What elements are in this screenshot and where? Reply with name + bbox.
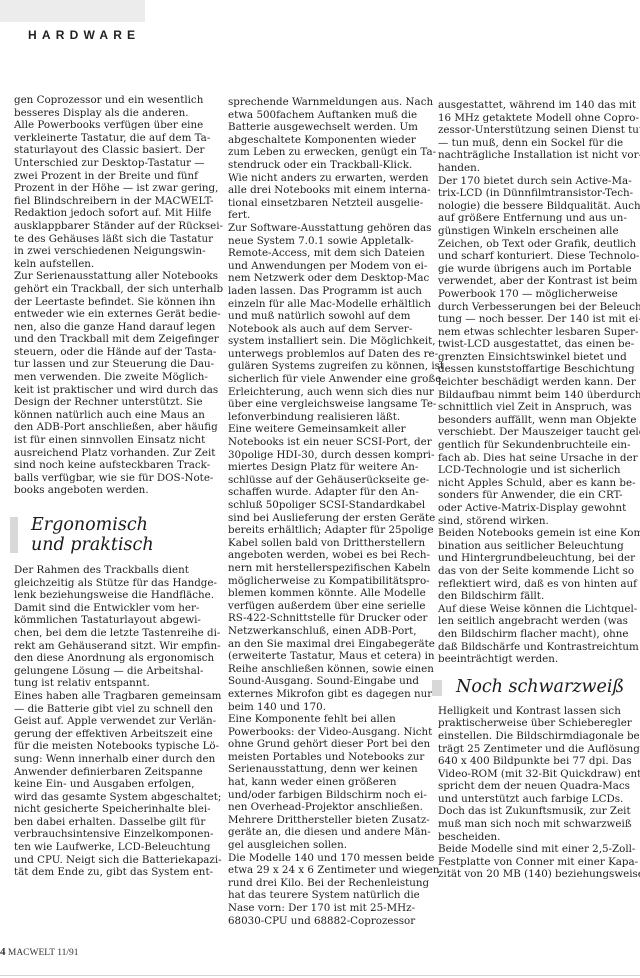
paragraph: Eine weitere Gemeinsamkeit allerNotebook… bbox=[228, 423, 424, 713]
text-line: beeinträchtigt werden. bbox=[438, 653, 634, 666]
text-line: und unterstützt auch farbige LCDs. bbox=[438, 793, 634, 806]
text-line: fert. bbox=[228, 209, 424, 222]
text-line: verschiebt. Der Mauszeiger taucht gele- bbox=[438, 426, 634, 439]
text-line: etwa 29 x 24 x 6 Zentimeter und wiegen bbox=[228, 864, 424, 877]
text-line: — die Batterie gibt viel zu schnell den bbox=[14, 703, 210, 716]
text-line: und/oder farbigen Bildschirm noch ei- bbox=[228, 789, 424, 802]
column-1: gen Coprozessor und ein wesentlichbesser… bbox=[14, 94, 210, 879]
text-line: daß Bildschärfe und Kontrastreichtum bbox=[438, 641, 634, 654]
text-line: zität von 20 MB (140) beziehungsweise bbox=[438, 868, 640, 880]
text-line: können natürlich auch eine Maus an bbox=[14, 409, 210, 422]
text-line: gerung der effektiven Arbeitszeit eine bbox=[14, 728, 210, 741]
text-line: kömmlichen Tastaturlayout abgewi- bbox=[14, 614, 210, 627]
text-line: sind bei Auslieferung der ersten Geräte bbox=[228, 512, 424, 525]
text-line: tung — noch besser. Der 140 ist mit ei- bbox=[438, 313, 634, 326]
text-line: leichter beschädigt werden kann. Der bbox=[438, 376, 634, 389]
text-line: sprechende Warnmeldungen aus. Nach bbox=[228, 96, 424, 109]
text-line: RS-422-Schnittstelle für Drucker oder bbox=[228, 612, 424, 625]
text-line: und Hintergrundbeleuchtung, bei der bbox=[438, 552, 634, 565]
text-line: und scharf konturiert. Diese Technolo- bbox=[438, 250, 634, 263]
text-line: ten wie Laufwerke, LCD-Beleuchtung bbox=[14, 841, 210, 854]
text-line: Batterie ausgewechselt werden. Um bbox=[228, 121, 424, 134]
text-line: den ADB-Port anschließen, aber häufig bbox=[14, 421, 210, 434]
text-line: gel ausgleichen sollen. bbox=[228, 839, 424, 852]
text-line: über eine vergleichsweise langsame Te- bbox=[228, 398, 424, 411]
text-line: Kabel sollen bald von Drittherstellern bbox=[228, 537, 424, 550]
text-line: nen, also die ganze Hand darauf legen bbox=[14, 321, 210, 334]
text-line: den Bildschirm flacher macht), ohne bbox=[438, 628, 634, 641]
text-line: hat, kann weder einen größeren bbox=[228, 776, 424, 789]
text-line: nachträgliche Installation ist nicht vor… bbox=[438, 149, 634, 162]
text-line: der Leertaste befindet. Sie können ihn bbox=[14, 296, 210, 309]
text-line: gen Coprozessor und ein wesentlich bbox=[14, 94, 210, 107]
page-number: 4 bbox=[0, 946, 6, 958]
text-line: keit ist praktischer und wird durch das bbox=[14, 384, 210, 397]
text-line: Unterschied zur Desktop-Tastatur — bbox=[14, 157, 210, 170]
text-line: sind noch keine aufsteckbaren Track- bbox=[14, 459, 210, 472]
subheading-line: Ergonomisch bbox=[31, 515, 210, 535]
text-line: bination aus seitlicher Beleuchtung bbox=[438, 540, 634, 553]
text-line: chen, bei dem die letzte Tastenreihe di- bbox=[14, 627, 210, 640]
text-line: rund drei Kilo. Bei der Rechenleistung bbox=[228, 877, 424, 890]
text-line: Netzwerkanschluß, einen ADB-Port, bbox=[228, 625, 424, 638]
text-line: blemen kommen könnte. Alle Modelle bbox=[228, 587, 424, 600]
text-line: len seitlich angebracht werden (was bbox=[438, 615, 634, 628]
text-line: möglicherweise zu Kompatibilitätspro- bbox=[228, 575, 424, 588]
text-line: handen. bbox=[438, 162, 634, 175]
text-line: lefonverbindung realisieren läßt. bbox=[228, 411, 424, 424]
paragraph: Auf diese Weise können die Lichtquel-len… bbox=[438, 603, 634, 666]
text-line: reflektiert wird, daß es von hinten auf bbox=[438, 578, 634, 591]
text-line: verkleinerte Tastatur, die auf dem Ta- bbox=[14, 132, 210, 145]
text-line: gleichzeitig als Stütze für das Handge- bbox=[14, 577, 210, 590]
text-line: sung: Wenn innerhalb einer durch den bbox=[14, 753, 210, 766]
text-line: entweder wie ein externes Gerät bedie- bbox=[14, 308, 210, 321]
text-line: nicht Apples Schuld, aber es kann be- bbox=[438, 477, 634, 490]
text-line: Bildaufbau nimmt beim 140 überdurch- bbox=[438, 389, 634, 402]
text-line: ausreichend Platz vorhanden. Zur Zeit bbox=[14, 447, 210, 460]
text-line: Eine Komponente fehlt bei allen bbox=[228, 713, 424, 726]
text-line: verbrauchsintensive Einzelkomponen- bbox=[14, 828, 210, 841]
paragraph: Zur Software-Ausstattung gehören dasneue… bbox=[228, 222, 424, 424]
text-line: günstigen Winkeln erscheinen alle bbox=[438, 225, 634, 238]
column-2: sprechende Warnmeldungen aus. Nachetwa 5… bbox=[228, 96, 424, 927]
text-line: LCD-Technologie und ist sicherlich bbox=[438, 464, 634, 477]
text-line: Reihe anschließen können, sowie einen bbox=[228, 663, 424, 676]
text-line: hat das teurere System natürlich die bbox=[228, 889, 424, 902]
text-line: ben dabei erhalten. Dasselbe gilt für bbox=[14, 816, 210, 829]
text-line: 640 x 400 Bildpunkte bei 77 dpi. Das bbox=[438, 755, 634, 768]
paragraph: Beide Modelle sind mit einer 2,5-Zoll-Fe… bbox=[438, 843, 634, 881]
text-line: Redaktion jedoch sofort auf. Mit Hilfe bbox=[14, 207, 210, 220]
text-line: system installiert sein. Die Möglichkeit… bbox=[228, 335, 424, 348]
text-line: fach ab. Dies hat seine Ursache in der bbox=[438, 452, 634, 465]
text-line: sonders für Anwender, die ein CRT- bbox=[438, 489, 634, 502]
text-line: stendruck oder ein Trackball-Klick. bbox=[228, 159, 424, 172]
text-line-with-marker: zität von 20 MB (140) beziehungsweise bbox=[438, 868, 634, 881]
text-line: fiel Blindschreibern in der MACWELT- bbox=[14, 195, 210, 208]
text-line: Remote-Access, mit dem sich Dateien bbox=[228, 247, 424, 260]
paragraph: Der 170 bietet durch sein Active-Ma-trix… bbox=[438, 175, 634, 528]
subheading-line: und praktisch bbox=[31, 535, 210, 555]
text-line: rekt am Gehäuserand sitzt. Wir empfin- bbox=[14, 640, 210, 653]
text-line: Auf diese Weise können die Lichtquel- bbox=[438, 603, 634, 616]
text-line: balls verfügbar, wie sie für DOS-Note- bbox=[14, 472, 210, 485]
text-line: te des Gehäuses läßt sich die Tastatur bbox=[14, 233, 210, 246]
text-line: nern mit herstellerspezifischen Kabeln bbox=[228, 562, 424, 575]
text-line: Powerbooks: der Video-Ausgang. Nicht bbox=[228, 726, 424, 739]
paragraph: Beiden Notebooks gemein ist eine Kom-bin… bbox=[438, 527, 634, 603]
text-line: nem etwas schlechter lesbaren Super- bbox=[438, 326, 634, 339]
text-line: und Anwendungen per Modem von ei- bbox=[228, 260, 424, 273]
text-line: unterwegs problemlos auf Daten des re- bbox=[228, 348, 424, 361]
text-line: besonders auffällt, wenn man Objekte bbox=[438, 414, 634, 427]
text-line: gelungene Lösung — die Arbeitshal- bbox=[14, 665, 210, 678]
text-line: Prozent in der Höhe — ist zwar gering, bbox=[14, 182, 210, 195]
text-line: sind, störend wirken. bbox=[438, 515, 634, 528]
text-line: Design der Rechner unterstützt. Sie bbox=[14, 396, 210, 409]
text-line: Zur Serienausstattung aller Notebooks bbox=[14, 270, 210, 283]
text-line: bereits erhältlich; Adapter für 25polige bbox=[228, 524, 424, 537]
text-line: nicht gesicherte Speicherinhalte blei- bbox=[14, 803, 210, 816]
text-line: tung ist relativ entspannt. bbox=[14, 677, 210, 690]
text-line: praktischerweise über Schieberegler bbox=[438, 717, 634, 730]
text-line: wird das gesamte System abgeschaltet; bbox=[14, 791, 210, 804]
text-line: meisten Portables und Notebooks zur bbox=[228, 751, 424, 764]
paragraph: Zur Serienausstattung aller Notebooksgeh… bbox=[14, 270, 210, 497]
text-line: Geist auf. Apple verwendet zur Verlän- bbox=[14, 715, 210, 728]
text-line: gulären Systems zugreifen zu können, ist bbox=[228, 360, 424, 373]
text-line: Nase vorn: Der 170 ist mit 25-MHz- bbox=[228, 902, 424, 915]
text-line: Alle Powerbooks verfügen über eine bbox=[14, 119, 210, 132]
text-line: Powerbook 170 — möglicherweise bbox=[438, 288, 634, 301]
text-line: Die Modelle 140 und 170 messen beide bbox=[228, 852, 424, 865]
text-line: (erweiterte Tastatur, Maus et cetera) in bbox=[228, 650, 424, 663]
text-line: miertes Design Platz für weitere An- bbox=[228, 461, 424, 474]
text-line: den Bildschirm fällt. bbox=[438, 590, 634, 603]
text-line: nen Overhead-Projektor anschließen. bbox=[228, 801, 424, 814]
text-line: Mehrere Dritthersteller bieten Zusatz- bbox=[228, 814, 424, 827]
text-line: keln aufstellen. bbox=[14, 258, 210, 271]
publication-info: MACWELT 11/91 bbox=[8, 948, 79, 958]
text-line: das von der Seite kommende Licht so bbox=[438, 565, 634, 578]
text-line: zum Leben zu erwecken, genügt ein Ta- bbox=[228, 146, 424, 159]
text-line: gehört ein Trackball, der sich unterhalb bbox=[14, 283, 210, 296]
paragraph: Der Rahmen des Trackballs dientgleichzei… bbox=[14, 564, 210, 690]
text-line: laden lassen. Das Programm ist auch bbox=[228, 285, 424, 298]
text-line: einzeln für alle Mac-Modelle erhältlich bbox=[228, 298, 424, 311]
page-footer: 4 MACWELT 11/91 bbox=[0, 946, 79, 958]
text-line: spricht dem der neuen Quadra-Macs bbox=[438, 780, 634, 793]
text-line: angeboten werden, wobei es bei Rech- bbox=[228, 549, 424, 562]
text-line: auf größere Entfernung und aus un- bbox=[438, 212, 634, 225]
text-line: zessor-Unterstützung seinen Dienst tut bbox=[438, 124, 634, 137]
text-line: neue System 7.0.1 sowie Appletalk- bbox=[228, 235, 424, 248]
text-line: geräte an, die diesen und andere Män- bbox=[228, 826, 424, 839]
text-line: men verwenden. Die zweite Möglich- bbox=[14, 371, 210, 384]
text-line: Zeichen, ob Text oder Grafik, deutlich bbox=[438, 238, 634, 251]
text-line: trägt 25 Zentimeter und die Auflösung bbox=[438, 743, 634, 756]
paragraph: ausgestattet, während im 140 das mit16 M… bbox=[438, 99, 634, 175]
text-line: Beiden Notebooks gemein ist eine Kom- bbox=[438, 527, 634, 540]
text-line: in zwei verschiedenen Neigungswin- bbox=[14, 245, 210, 258]
text-line: trix-LCD (in Dünnfilmtransistor-Tech- bbox=[438, 187, 634, 200]
text-line: — tun muß, denn ein Sockel für die bbox=[438, 137, 634, 150]
paragraph: Alle Powerbooks verfügen über eineverkle… bbox=[14, 119, 210, 270]
text-line: 16 MHz getaktete Modell ohne Copro- bbox=[438, 112, 634, 125]
text-line: twist-LCD ausgestattet, das einen be- bbox=[438, 338, 634, 351]
text-line: Wie nicht anders zu erwarten, werden bbox=[228, 172, 424, 185]
subheading-line: Noch schwarzweiß bbox=[456, 677, 634, 697]
text-line: ohne Grund gehört dieser Port bei den bbox=[228, 738, 424, 751]
column-3: ausgestattet, während im 140 das mit16 M… bbox=[438, 99, 634, 881]
paragraph: gen Coprozessor und ein wesentlichbesser… bbox=[14, 94, 210, 119]
text-line: tät dem Ende zu, gibt das System ent- bbox=[14, 866, 210, 879]
text-line: schnittlich viel Zeit in Anspruch, was bbox=[438, 401, 634, 414]
text-line: Eines haben alle Tragbaren gemeinsam bbox=[14, 690, 210, 703]
text-line: und muß natürlich sowohl auf dem bbox=[228, 310, 424, 323]
text-line: muß man sich noch mit schwarzweiß bbox=[438, 818, 634, 831]
text-line: ausgestattet, während im 140 das mit bbox=[438, 99, 634, 112]
text-line: Beide Modelle sind mit einer 2,5-Zoll- bbox=[438, 843, 634, 856]
text-line: den diese Anordnung als ergonomisch bbox=[14, 652, 210, 665]
text-line: beim 140 und 170. bbox=[228, 701, 424, 714]
text-line: nem Netzwerk oder dem Desktop-Mac bbox=[228, 272, 424, 285]
text-line: durch Verbesserungen bei der Beleuch- bbox=[438, 301, 634, 314]
text-line: und den Trackball mit dem Zeigefinger bbox=[14, 333, 210, 346]
text-line: Notebook als auch auf dem Server- bbox=[228, 323, 424, 336]
text-line: einstellen. Die Bildschirmdiagonale be- bbox=[438, 730, 634, 743]
text-line: Sound-Ausgang. Sound-Eingabe und bbox=[228, 675, 424, 688]
paragraph: Die Modelle 140 und 170 messen beideetwa… bbox=[228, 852, 424, 928]
text-line: etwa 500fachem Auftanken muß die bbox=[228, 109, 424, 122]
text-line: Festplatte von Conner mit einer Kapa- bbox=[438, 856, 634, 869]
text-line: besseres Display als die anderen. bbox=[14, 107, 210, 120]
text-line: bescheiden. bbox=[438, 831, 634, 844]
text-line: staturlayout des Classic basiert. Der bbox=[14, 144, 210, 157]
text-line: schluß 50poliger SCSI-Standardkabel bbox=[228, 499, 424, 512]
text-line: externes Mikrofon gibt es dagegen nur bbox=[228, 688, 424, 701]
text-line: ausklappbarer Ständer auf der Rücksei- bbox=[14, 220, 210, 233]
paragraph: Eine Komponente fehlt bei allenPowerbook… bbox=[228, 713, 424, 852]
paragraph: Eines haben alle Tragbaren gemeinsam— di… bbox=[14, 690, 210, 879]
text-line: dessen kunststoffartige Beschichtung bbox=[438, 363, 634, 376]
header-band bbox=[0, 0, 145, 22]
text-line: gie wurde übrigens auch im Portable bbox=[438, 263, 634, 276]
text-line: Erleichterung, auch wenn sich dies nur bbox=[228, 386, 424, 399]
text-line: Damit sind die Entwickler vom her- bbox=[14, 602, 210, 615]
text-line: nologie) die bessere Bildqualität. Auch bbox=[438, 200, 634, 213]
text-line: für die meisten Notebooks typische Lö- bbox=[14, 740, 210, 753]
text-line: verwendet, aber der Kontrast ist beim bbox=[438, 275, 634, 288]
text-line: oder Active-Matrix-Display gewohnt bbox=[438, 502, 634, 515]
text-line: und CPU. Neigt sich die Batteriekapazi- bbox=[14, 854, 210, 867]
text-line: verfügen außerdem über eine serielle bbox=[228, 600, 424, 613]
text-line: ist für einen sinnvollen Einsatz nicht bbox=[14, 434, 210, 447]
text-line: Notebooks ist ein neuer SCSI-Port, der bbox=[228, 436, 424, 449]
text-line: gentlich für Sekundenbruchteile ein- bbox=[438, 439, 634, 452]
text-line: schlüsse auf der Gehäuserückseite ge- bbox=[228, 474, 424, 487]
text-line: Eine weitere Gemeinsamkeit aller bbox=[228, 423, 424, 436]
text-line: 68030-CPU und 68882-Coprozessor bbox=[228, 915, 424, 928]
text-line: steuern, oder die Hände auf der Tasta- bbox=[14, 346, 210, 359]
text-line: Serienausstattung, denn wer keinen bbox=[228, 763, 424, 776]
text-line: Der Rahmen des Trackballs dient bbox=[14, 564, 210, 577]
text-line: sicherlich für viele Anwender eine große bbox=[228, 373, 424, 386]
text-line: grenzten Einsichtswinkel bietet und bbox=[438, 351, 634, 364]
text-line: zwei Prozent in der Breite und fünf bbox=[14, 170, 210, 183]
text-line: Der 170 bietet durch sein Active-Ma- bbox=[438, 175, 634, 188]
text-line: an den Sie maximal drei Eingabegeräte bbox=[228, 638, 424, 651]
text-line: 30polige HDI-30, durch dessen kompri- bbox=[228, 449, 424, 462]
text-line: Helligkeit und Kontrast lassen sich bbox=[438, 705, 634, 718]
page-edge bbox=[0, 975, 640, 976]
text-line: Video-ROM (mit 32-Bit Quickdraw) ent- bbox=[438, 768, 634, 781]
paragraph: Helligkeit und Kontrast lassen sichprakt… bbox=[438, 705, 634, 844]
text-line: tur lassen und zur Steuerung die Dau- bbox=[14, 358, 210, 371]
paragraph: sprechende Warnmeldungen aus. Nachetwa 5… bbox=[228, 96, 424, 222]
text-line: abgeschaltete Komponenten wieder bbox=[228, 134, 424, 147]
section-subheading: Noch schwarzweiß bbox=[438, 677, 634, 697]
section-subheading: Ergonomischund praktisch bbox=[14, 515, 210, 555]
text-line: Doch das ist Zukunftsmusik, zur Zeit bbox=[438, 805, 634, 818]
subheading-marker bbox=[10, 517, 18, 553]
text-line: lenk beziehungsweise die Handfläche. bbox=[14, 589, 210, 602]
text-line: Zur Software-Ausstattung gehören das bbox=[228, 222, 424, 235]
subheading-marker bbox=[432, 680, 442, 696]
text-line: keine Ein- und Ausgaben erfolgen, bbox=[14, 778, 210, 791]
text-line: Anwender definierbaren Zeitspanne bbox=[14, 766, 210, 779]
text-line: alle drei Notebooks mit einem interna- bbox=[228, 184, 424, 197]
text-line: books angeboten werden. bbox=[14, 484, 210, 497]
text-line: schaffen wurde. Adapter für den An- bbox=[228, 486, 424, 499]
section-label: HARDWARE bbox=[28, 28, 140, 42]
text-line: tional einsetzbaren Netzteil ausgelie- bbox=[228, 197, 424, 210]
